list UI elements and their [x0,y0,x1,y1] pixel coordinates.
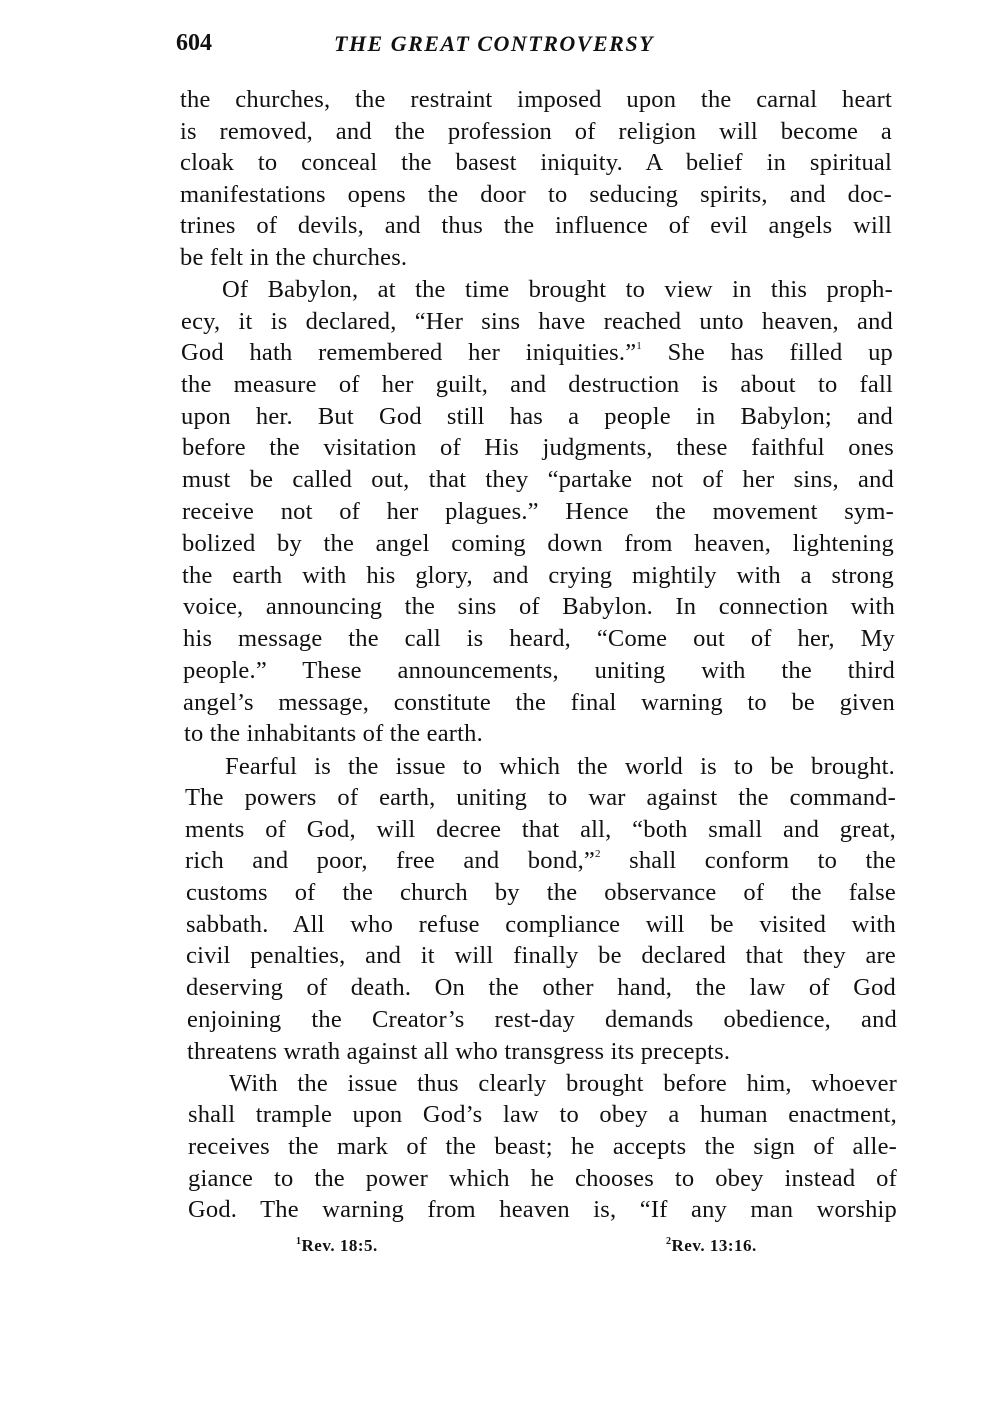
text-line: Of Babylon, at the time brought to view … [222,274,893,306]
text-line: giance to the power which he chooses to … [188,1163,897,1195]
text-line: ecy, it is declared, “Her sins have reac… [181,306,893,338]
running-title: THE GREAT CONTROVERSY [334,31,654,57]
running-header: 604 THE GREAT CONTROVERSY [176,30,716,62]
text-line: rich and poor, free and bond,”2 shall co… [185,845,896,877]
footnote-reference[interactable]: 2 [595,848,601,860]
text-line: customs of the church by the observance … [186,877,896,909]
text-line: enjoining the Creator’s rest-day demands… [187,1004,897,1036]
text-line: voice, announcing the sins of Babylon. I… [183,591,895,623]
text-line: shall trample upon God’s law to obey a h… [188,1099,897,1131]
text-line: ments of God, will decree that all, “bot… [185,814,896,846]
text-line: threatens wrath against all who transgre… [187,1036,897,1068]
text-line: people.” These announcements, uniting wi… [183,655,895,687]
footnote-2: 2Rev. 13:16. [666,1236,757,1256]
text-line: The powers of earth, uniting to war agai… [185,782,896,814]
text-line: must be called out, that they “partake n… [182,464,894,496]
text-line: upon her. But God still has a people in … [181,401,893,433]
text-fragment: rich and poor, free and bond,” [185,847,595,874]
text-line: God. The warning from heaven is, “If any… [188,1194,897,1226]
text-fragment: God hath remembered her iniquities.” [181,339,636,366]
text-line: cloak to conceal the basest iniquity. A … [180,147,892,179]
text-line: the measure of her guilt, and destructio… [181,369,893,401]
text-line: receives the mark of the beast; he accep… [188,1131,897,1163]
text-line: is removed, and the profession of religi… [180,116,892,148]
text-line: his message the call is heard, “Come out… [183,623,895,655]
text-line: before the visitation of His judgments, … [182,432,894,464]
text-line: the earth with his glory, and crying mig… [182,560,894,592]
text-line: sabbath. All who refuse compliance will … [186,909,896,941]
text-line: angel’s message, constitute the final wa… [183,687,895,719]
text-line: bolized by the angel coming down from he… [182,528,894,560]
text-line: Fearful is the issue to which the world … [225,751,895,783]
text-line: God hath remembered her iniquities.”1 Sh… [181,337,893,369]
footnote-1: 1Rev. 18:5. [296,1236,378,1256]
text-fragment: shall conform to the [629,847,896,874]
footnotes: 1Rev. 18:5. 2Rev. 13:16. [0,1236,1000,1264]
text-line: civil penalties, and it will finally be … [186,940,896,972]
text-line: the churches, the restraint imposed upon… [180,84,892,116]
text-line: manifestations opens the door to seducin… [180,179,892,211]
text-line: deserving of death. On the other hand, t… [186,972,896,1004]
text-line: receive not of her plagues.” Hence the m… [182,496,894,528]
book-page: 604 THE GREAT CONTROVERSY the churches, … [0,0,1000,1416]
text-line: With the issue thus clearly brought befo… [229,1068,897,1100]
text-line: to the inhabitants of the earth. [184,718,896,750]
footnote-reference[interactable]: 1 [636,340,642,352]
footnote-text: Rev. 13:16. [672,1236,757,1255]
text-line: be felt in the churches. [180,242,892,274]
page-number: 604 [176,30,212,57]
footnote-text: Rev. 18:5. [302,1236,378,1255]
text-fragment: She has filled up [668,339,893,366]
text-line: trines of devils, and thus the influence… [180,210,892,242]
